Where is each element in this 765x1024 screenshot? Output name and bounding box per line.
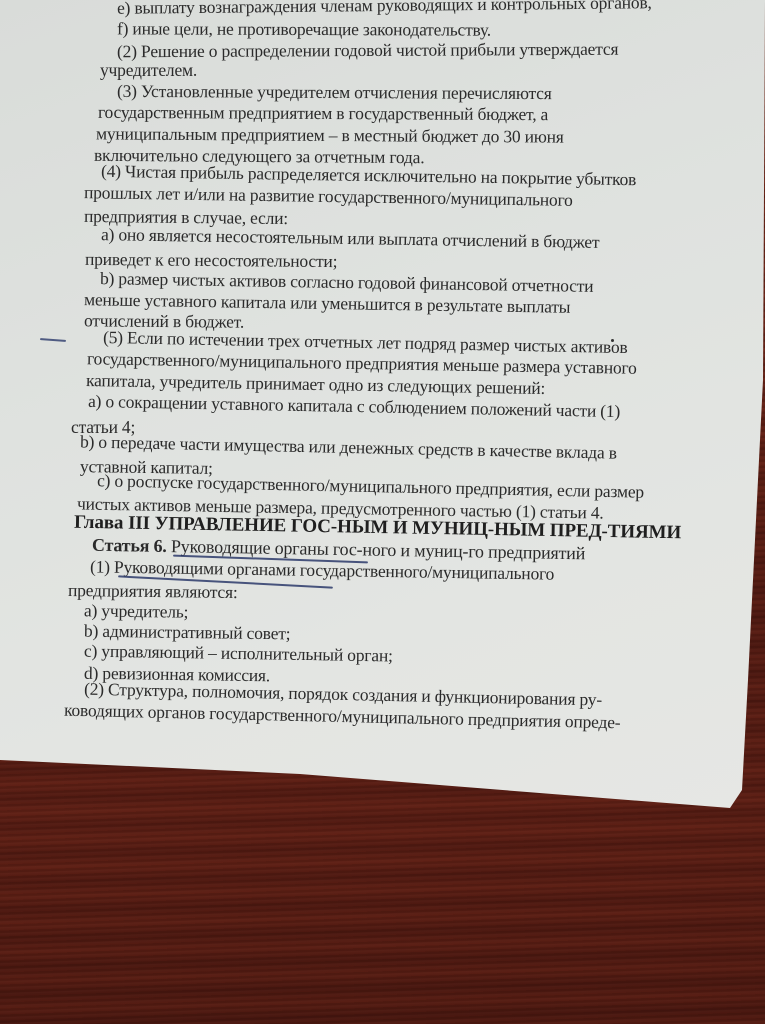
text-line: предприятия являются: (68, 582, 238, 602)
text-line: государственным предприятием в государст… (98, 104, 548, 124)
article-label: Статья 6. (92, 535, 167, 556)
text-line: a) оно является несостоятельным или выпл… (101, 226, 600, 251)
text-line: прошлых лет и/или на развитие государств… (84, 184, 573, 209)
text-line: a) учредитель; (84, 602, 189, 621)
ink-dot (611, 339, 614, 342)
text-line: e) выплату вознаграждения членам руковод… (117, 0, 652, 17)
text-line: f) иные цели, не противоречащие законода… (117, 20, 491, 39)
paper-sheet: e) выплату вознаграждения членам руковод… (0, 0, 765, 830)
text-line: учредителем. (100, 62, 197, 80)
text-line: муниципальным предприятием – в местный б… (96, 125, 564, 146)
text-line: (3) Установленные учредителем отчисления… (117, 83, 552, 103)
text-line: b) административный совет; (84, 623, 291, 643)
ink-margin-mark (40, 338, 66, 342)
text-line: (2) Решение о распределении годовой чист… (117, 41, 618, 61)
text-line: c) управляющий – исполнительный орган; (84, 643, 393, 665)
